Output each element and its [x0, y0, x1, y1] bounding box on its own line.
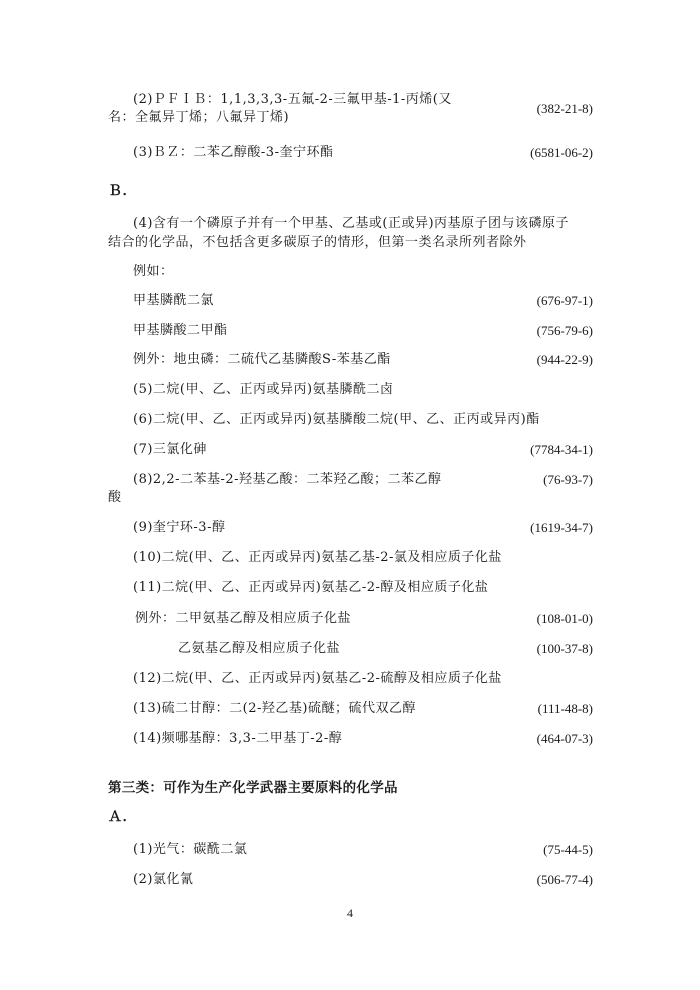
- cas-number: (6581-06-2): [530, 145, 593, 161]
- cas-number: (676-97-1): [537, 293, 593, 309]
- item-4-line2: 结合的化学品，不包括含更多碳原子的情形，但第一类名录所列者除外: [108, 235, 527, 251]
- cat3-item-1: (1)光气：碳酰二氯: [133, 842, 247, 858]
- item-5: (5)二烷(甲、乙、正丙或异丙)氨基膦酰二卤: [133, 382, 394, 398]
- exception-item: 乙氨基乙醇及相应质子化盐: [178, 641, 340, 657]
- document-page: (2)ＰＦＩＢ：1,1,3,3,3-五氟-2-三氟甲基-1-丙烯(又 名：全氟异…: [0, 0, 700, 990]
- page-number: 4: [0, 906, 700, 921]
- entry-bz: (3)ＢＺ：二苯乙醇酸-3-奎宁环酯: [133, 145, 333, 161]
- item-13: (13)硫二甘醇：二(2-羟乙基)硫醚；硫代双乙醇: [133, 701, 416, 717]
- cas-number: (506-77-4): [537, 872, 593, 888]
- example-item: 甲基膦酰二氯: [133, 293, 214, 309]
- cas-number: (756-79-6): [537, 323, 593, 339]
- item-6: (6)二烷(甲、乙、正丙或异丙)氨基膦酸二烷(甲、乙、正丙或异丙)酯: [133, 412, 540, 428]
- cas-number: (382-21-8): [537, 101, 593, 117]
- item-12: (12)二烷(甲、乙、正丙或异丙)氨基乙-2-硫醇及相应质子化盐: [133, 671, 502, 687]
- cas-number: (111-48-8): [538, 701, 593, 717]
- item-8: (8)2,2-二苯基-2-羟基乙酸：二苯羟乙酸；二苯乙醇: [133, 472, 442, 488]
- item-14: (14)频哪基醇：3,3-二甲基丁-2-醇: [133, 731, 342, 747]
- section-b-label: Ｂ．: [108, 184, 137, 200]
- section-a-label: Ａ．: [108, 810, 137, 826]
- cas-number: (1619-34-7): [530, 520, 593, 536]
- entry-pfib-line1: (2)ＰＦＩＢ：1,1,3,3,3-五氟-2-三氟甲基-1-丙烯(又: [133, 92, 452, 108]
- cas-number: (464-07-3): [537, 731, 593, 747]
- cas-number: (76-93-7): [543, 472, 593, 488]
- example-exception: 例外：地虫磷：二硫代乙基膦酸S-苯基乙酯: [133, 352, 391, 368]
- entry-pfib-line2: 名：全氟异丁烯；八氟异丁烯): [108, 110, 289, 126]
- example-label: 例如：: [133, 264, 174, 280]
- cas-number: (75-44-5): [543, 842, 593, 858]
- category-3-heading: 第三类：可作为生产化学武器主要原料的化学品: [108, 780, 398, 796]
- item-8-continuation: 酸: [108, 490, 122, 506]
- item-4-line1: (4)含有一个磷原子并有一个甲基、乙基或(正或异)丙基原子团与该磷原子: [133, 216, 569, 232]
- cas-number: (108-01-0): [537, 611, 593, 627]
- item-11: (11)二烷(甲、乙、正丙或异丙)氨基乙-2-醇及相应质子化盐: [133, 580, 488, 596]
- example-item: 甲基膦酸二甲酯: [133, 323, 228, 339]
- exception-item: 例外：二甲氨基乙醇及相应质子化盐: [135, 611, 351, 627]
- cas-number: (100-37-8): [537, 641, 593, 657]
- item-10: (10)二烷(甲、乙、正丙或异丙)氨基乙基-2-氯及相应质子化盐: [133, 550, 502, 566]
- cas-number: (7784-34-1): [530, 442, 593, 458]
- item-9: (9)奎宁环-3-醇: [133, 520, 225, 536]
- cas-number: (944-22-9): [537, 352, 593, 368]
- cat3-item-2: (2)氯化氰: [133, 872, 193, 888]
- item-7: (7)三氯化砷: [133, 442, 207, 458]
